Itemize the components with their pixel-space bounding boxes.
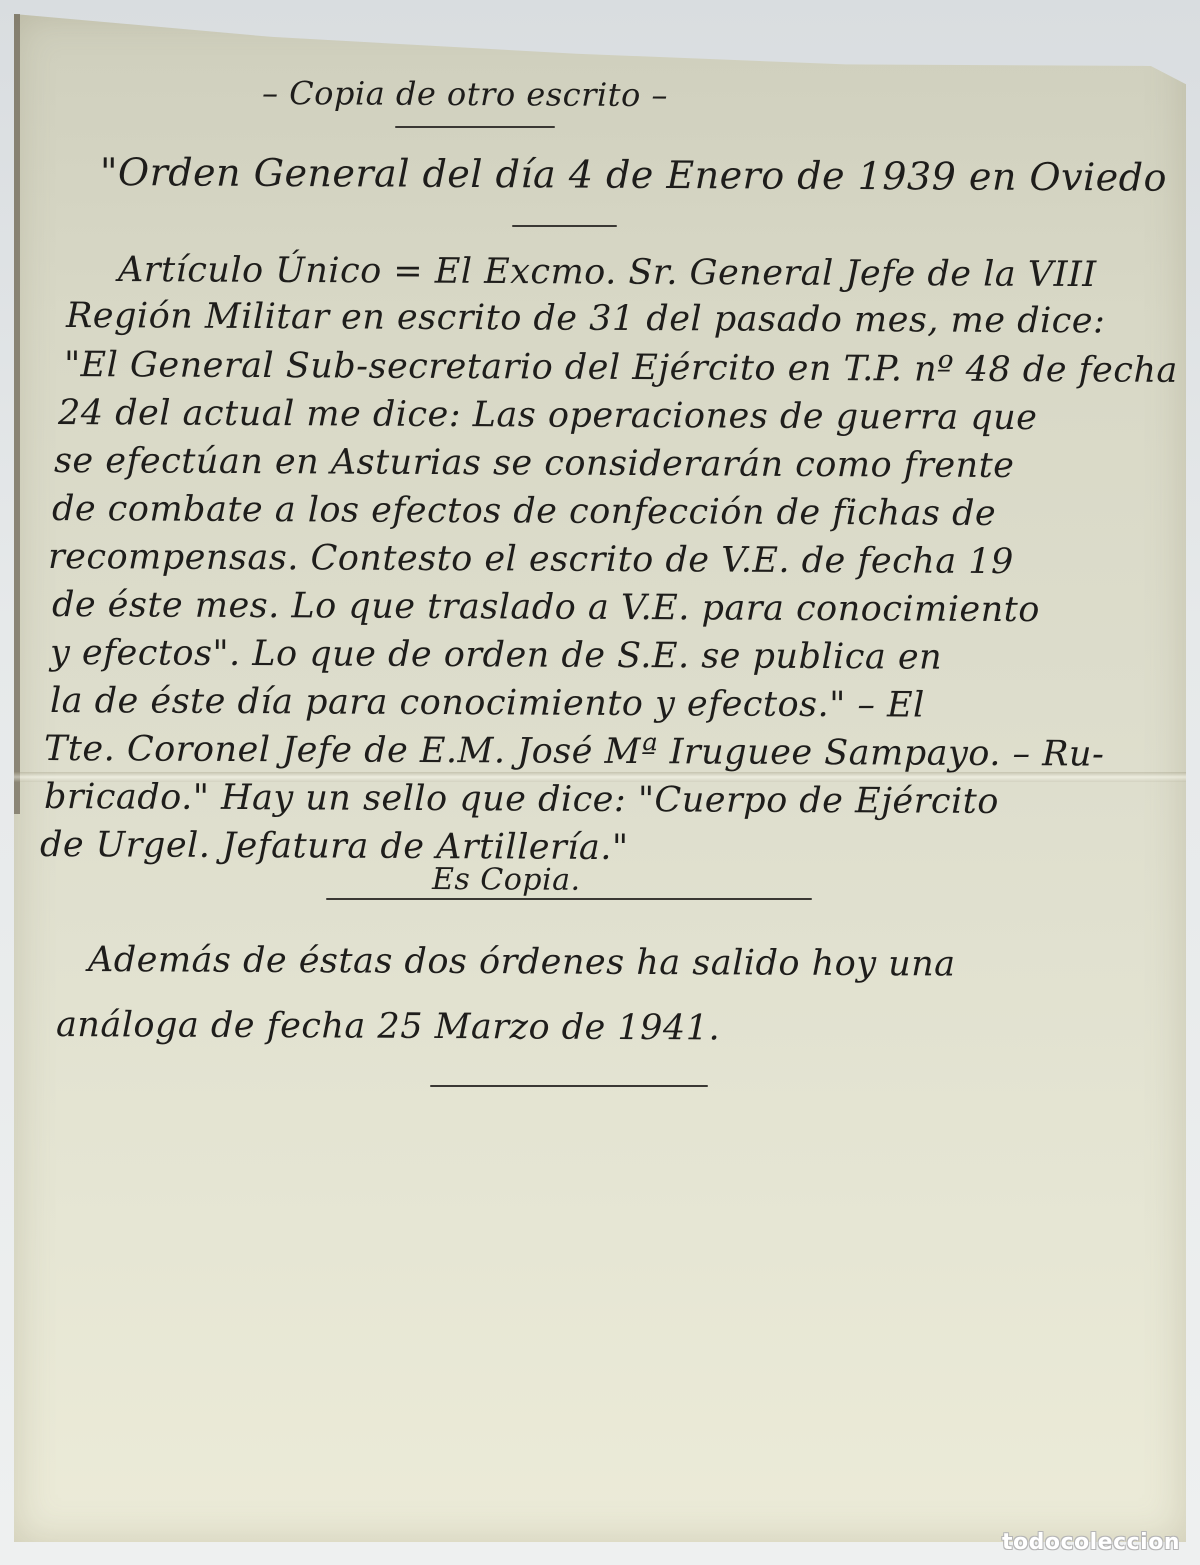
body-line: de combate a los efectos de confección d… bbox=[52, 489, 996, 534]
es-copia-closing: Es Copia. bbox=[432, 862, 581, 898]
body-line: Región Militar en escrito de 31 del pasa… bbox=[66, 296, 1106, 341]
body-line: recompensas. Contesto el escrito de V.E.… bbox=[48, 537, 1014, 582]
document-heading: – Copia de otro escrito – bbox=[262, 74, 668, 114]
note-line: Además de éstas dos órdenes ha salido ho… bbox=[88, 940, 956, 985]
body-line: Artículo Único = El Excmo. Sr. General J… bbox=[118, 250, 1097, 295]
closing-underline bbox=[326, 898, 812, 900]
order-title: "Orden General del día 4 de Enero de 193… bbox=[100, 150, 1167, 200]
todocoleccion-watermark: todocoleccion bbox=[1002, 1530, 1180, 1555]
body-line: bricado." Hay un sello que dice: "Cuerpo… bbox=[44, 777, 999, 822]
order-title-separator bbox=[512, 225, 617, 227]
body-line: se efectúan en Asturias se considerarán … bbox=[54, 441, 1015, 486]
body-line: y efectos". Lo que de orden de S.E. se p… bbox=[50, 633, 942, 678]
body-line: "El General Sub-secretario del Ejército … bbox=[64, 345, 1178, 391]
body-line: de éste mes. Lo que traslado a V.E. para… bbox=[52, 585, 1040, 630]
torn-left-edge bbox=[14, 14, 20, 814]
body-line: la de éste día para conocimiento y efect… bbox=[50, 681, 925, 726]
body-line: Tte. Coronel Jefe de E.M. José Mª Irugue… bbox=[44, 729, 1105, 775]
heading-underline bbox=[395, 126, 555, 128]
note-separator bbox=[430, 1085, 708, 1087]
body-line: 24 del actual me dice: Las operaciones d… bbox=[58, 393, 1038, 438]
note-line: análoga de fecha 25 Marzo de 1941. bbox=[56, 1005, 720, 1048]
